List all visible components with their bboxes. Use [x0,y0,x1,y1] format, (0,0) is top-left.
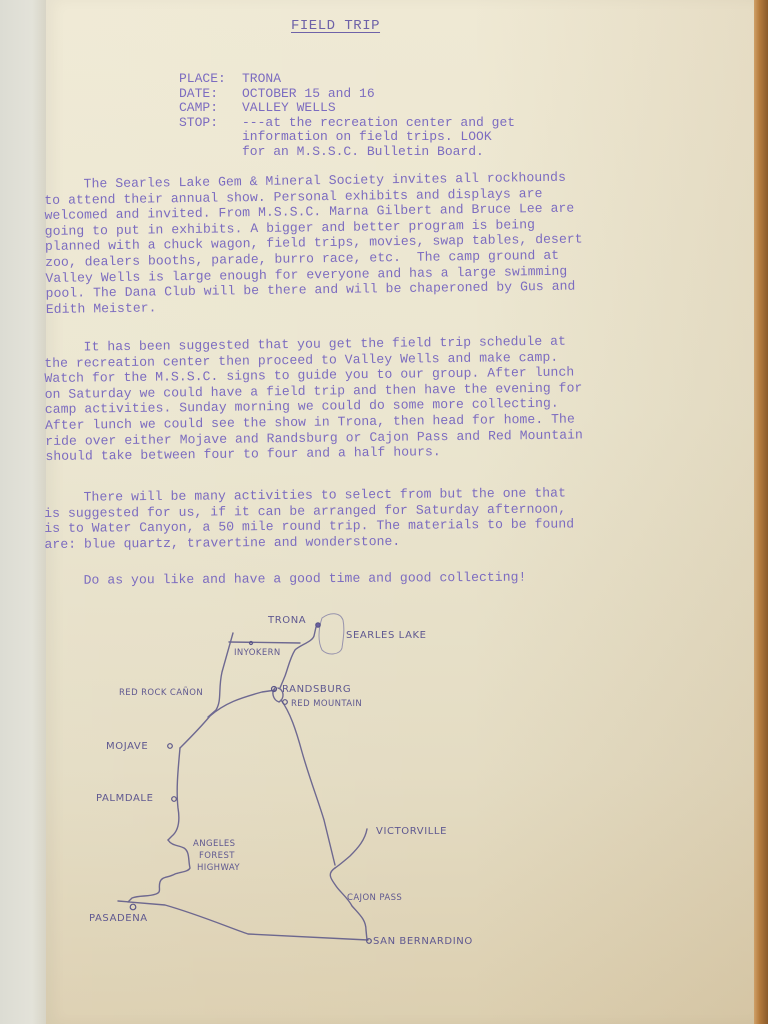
map-label-inyokern: INYOKERN [234,648,281,659]
detail-camp: CAMP: VALLEY WELLS [179,101,515,116]
detail-label: STOP: [179,116,242,131]
map-label-san-bernardino: SAN BERNARDINO [373,936,473,947]
map-label-randsburg: RANDSBURG [282,684,351,695]
page-title: FIELD TRIP [291,18,380,34]
detail-label: DATE: [179,87,242,102]
map-label-searles-lake: SEARLES LAKE [346,630,427,641]
map-label-mojave: MOJAVE [106,741,148,752]
paragraph-itinerary: It has been suggested that you get the f… [44,332,695,465]
map-label-palmdale: PALMDALE [96,793,154,804]
detail-value: ---at the recreation center and get [242,116,515,131]
detail-value: TRONA [242,72,281,87]
detail-value: VALLEY WELLS [242,101,336,116]
detail-stop: STOP: ---at the recreation center and ge… [179,116,515,131]
detail-place: PLACE: TRONA [179,72,515,87]
map-label-pasadena: PASADENA [89,913,148,924]
detail-value: OCTOBER 15 and 16 [242,87,375,102]
detail-label: CAMP: [179,101,242,116]
map-label-angeles-forest-2: FOREST [199,851,235,862]
map-label-victorville: VICTORVILLE [376,826,447,837]
map-label-trona: TRONA [268,615,306,626]
detail-stop-continued: information on field trips. LOOK [179,130,515,145]
map-label-red-mountain: RED MOUNTAIN [291,699,362,710]
adjacent-page-edge [0,0,46,1024]
detail-label: PLACE: [179,72,242,87]
map-label-red-rock-canon: RED ROCK CAÑON [119,688,203,699]
detail-stop-continued: for an M.S.S.C. Bulletin Board. [179,145,515,160]
map-label-angeles-forest-1: ANGELES [193,839,235,850]
trip-details: PLACE: TRONA DATE: OCTOBER 15 and 16 CAM… [179,72,515,159]
paragraph-water-canyon: There will be many activities to select … [44,484,695,552]
map-label-cajon-pass: CAJON PASS [347,893,402,904]
book-binding-edge [754,0,768,1024]
map-label-angeles-forest-3: HIGHWAY [197,863,240,874]
paragraph-show-invitation: The Searles Lake Gem & Mineral Society i… [44,168,696,317]
detail-date: DATE: OCTOBER 15 and 16 [179,87,515,102]
